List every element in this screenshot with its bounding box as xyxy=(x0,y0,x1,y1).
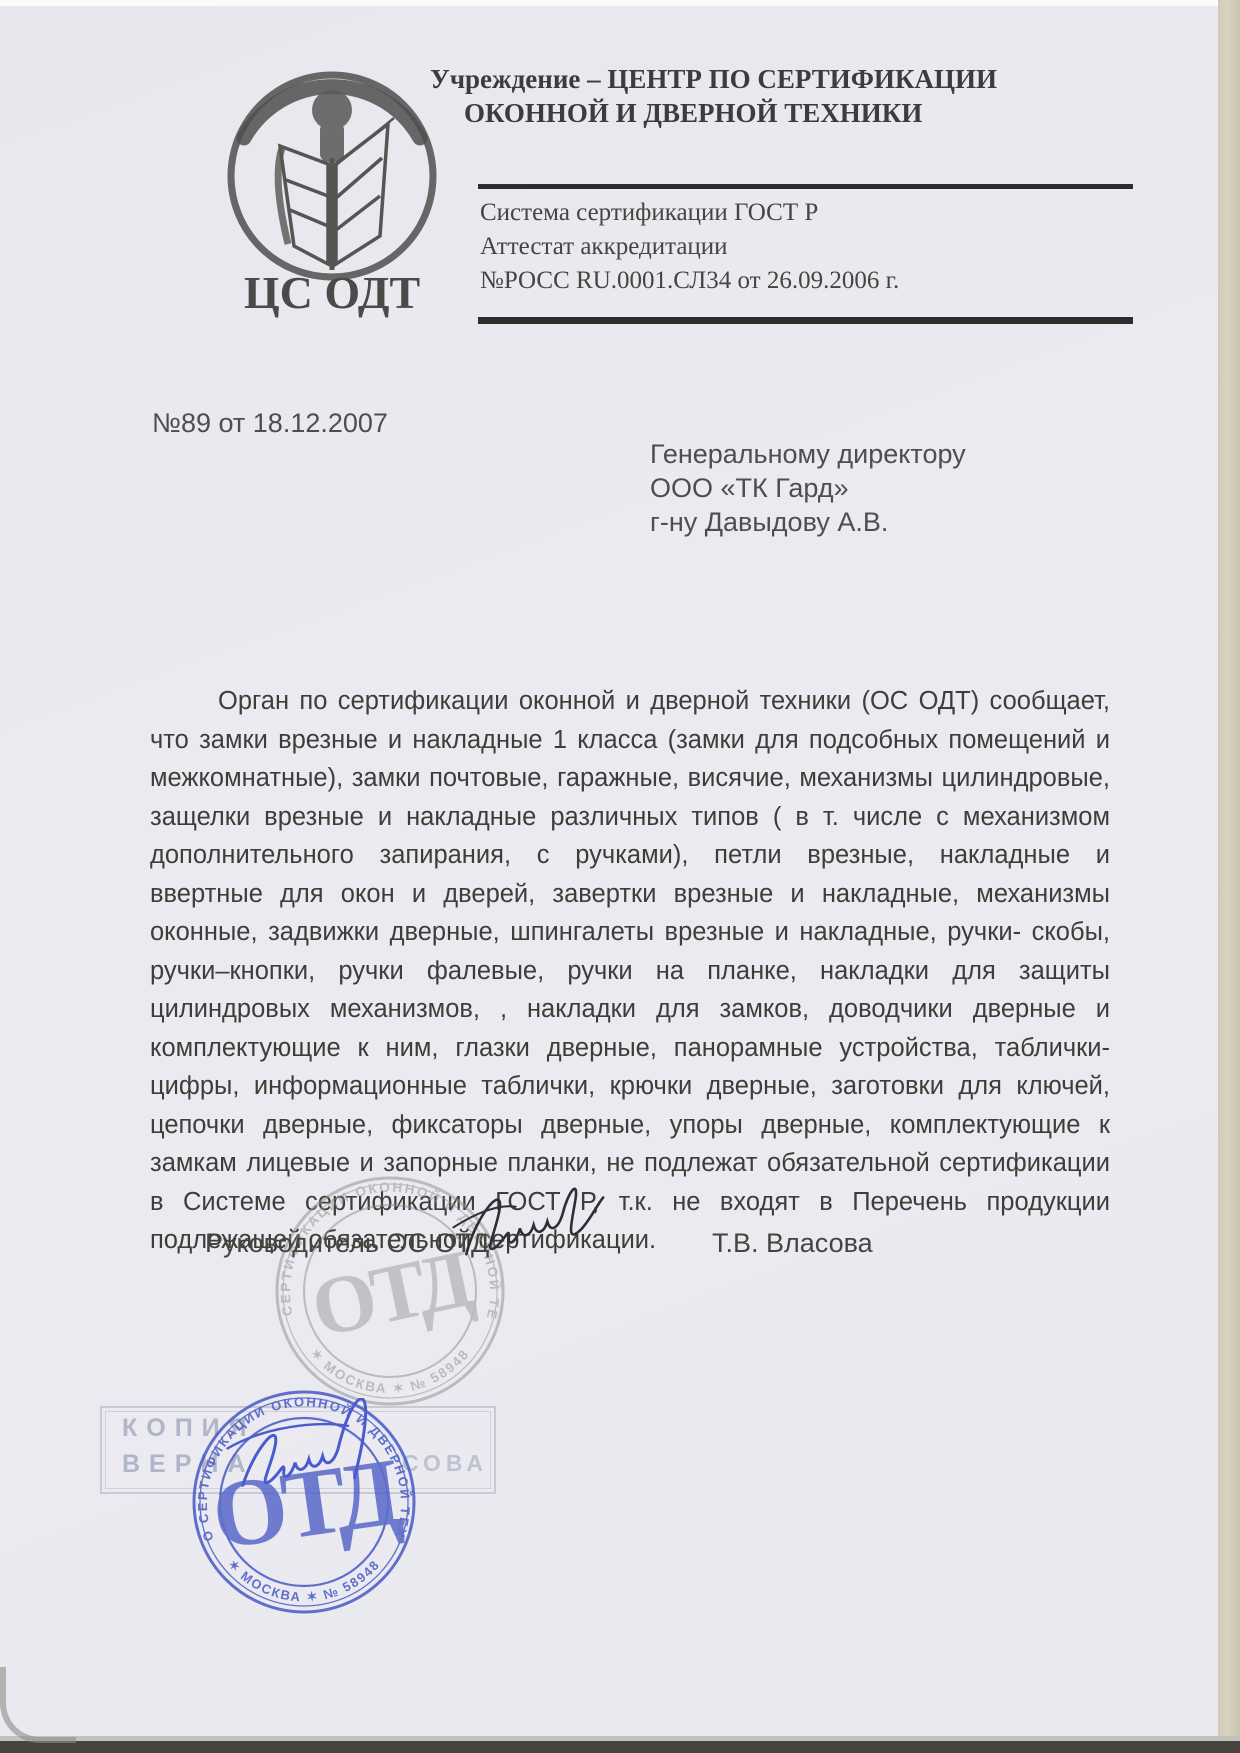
org-title-line2: ОКОННОЙ И ДВЕРНОЙ ТЕХНИКИ xyxy=(430,96,1030,130)
divider-line-top xyxy=(478,184,1133,189)
logo-keyhole-icon xyxy=(312,90,352,162)
addressee-line1: Генеральному директору xyxy=(650,437,966,471)
scan-corner-shadow xyxy=(0,1667,76,1743)
addressee-line2: ООО «ТК Гард» xyxy=(650,471,966,505)
body-line: ручки–кнопки, ручки фалевые, ручки на пл… xyxy=(150,952,1110,991)
accreditation-block: Система сертификации ГОСТ Р Аттестат акк… xyxy=(480,196,899,298)
divider-line-bottom xyxy=(478,317,1133,324)
org-title-line1: Учреждение – ЦЕНТР ПО СЕРТИФИКАЦИИ xyxy=(430,62,1030,96)
body-line: межкомнатные), замки почтовые, гаражные,… xyxy=(150,759,1110,798)
scan-top-edge xyxy=(0,0,1240,6)
scan-right-edge xyxy=(1218,0,1240,1753)
reference-number-date: №89 от 18.12.2007 xyxy=(152,408,388,439)
body-line: цифры, информационные таблички, крючки д… xyxy=(150,1067,1110,1106)
signer-name: Т.В. Власова xyxy=(712,1228,873,1259)
accreditation-line: Аттестат аккредитации xyxy=(480,230,899,264)
body-line: комплектующие к ним, глазки дверные, пан… xyxy=(150,1029,1110,1068)
body-line: цилиндровых механизмов, , накладки для з… xyxy=(150,990,1110,1029)
body-line: дополнительного запирания, с ручками), п… xyxy=(150,836,1110,875)
body-line: оконные, задвижки дверные, шпингалеты вр… xyxy=(150,913,1110,952)
logo-text: ЦС ОДТ xyxy=(244,267,420,318)
scanned-letter-page: ЦС ОДТ Учреждение – ЦЕНТР ПО СЕРТИФИКАЦИ… xyxy=(0,0,1240,1753)
addressee-block: Генеральному директору ООО «ТК Гард» г-н… xyxy=(650,437,966,539)
body-line: Орган по сертификации оконной и дверной … xyxy=(150,682,1110,721)
copy-signature-ink xyxy=(222,1398,472,1498)
cert-system-line: Система сертификации ГОСТ Р xyxy=(480,196,899,230)
body-line: что замки врезные и накладные 1 класса (… xyxy=(150,721,1110,760)
org-title: Учреждение – ЦЕНТР ПО СЕРТИФИКАЦИИ ОКОНН… xyxy=(430,62,1030,130)
body-line: ввертные для окон и дверей, завертки вре… xyxy=(150,875,1110,914)
org-logo: ЦС ОДТ xyxy=(212,58,452,316)
director-signature-ink xyxy=(452,1172,672,1282)
body-line: цепочки дверные, фиксаторы дверные, упор… xyxy=(150,1106,1110,1145)
body-line: защелки врезные и накладные различных ти… xyxy=(150,798,1110,837)
scan-bottom-edge xyxy=(0,1741,1240,1753)
accreditation-number: №РОСС RU.0001.СЛ34 от 26.09.2006 г. xyxy=(480,264,899,298)
signer-position-label: Руководитель ОС ОТД xyxy=(205,1228,489,1259)
addressee-line3: г-ну Давыдову А.В. xyxy=(650,505,966,539)
